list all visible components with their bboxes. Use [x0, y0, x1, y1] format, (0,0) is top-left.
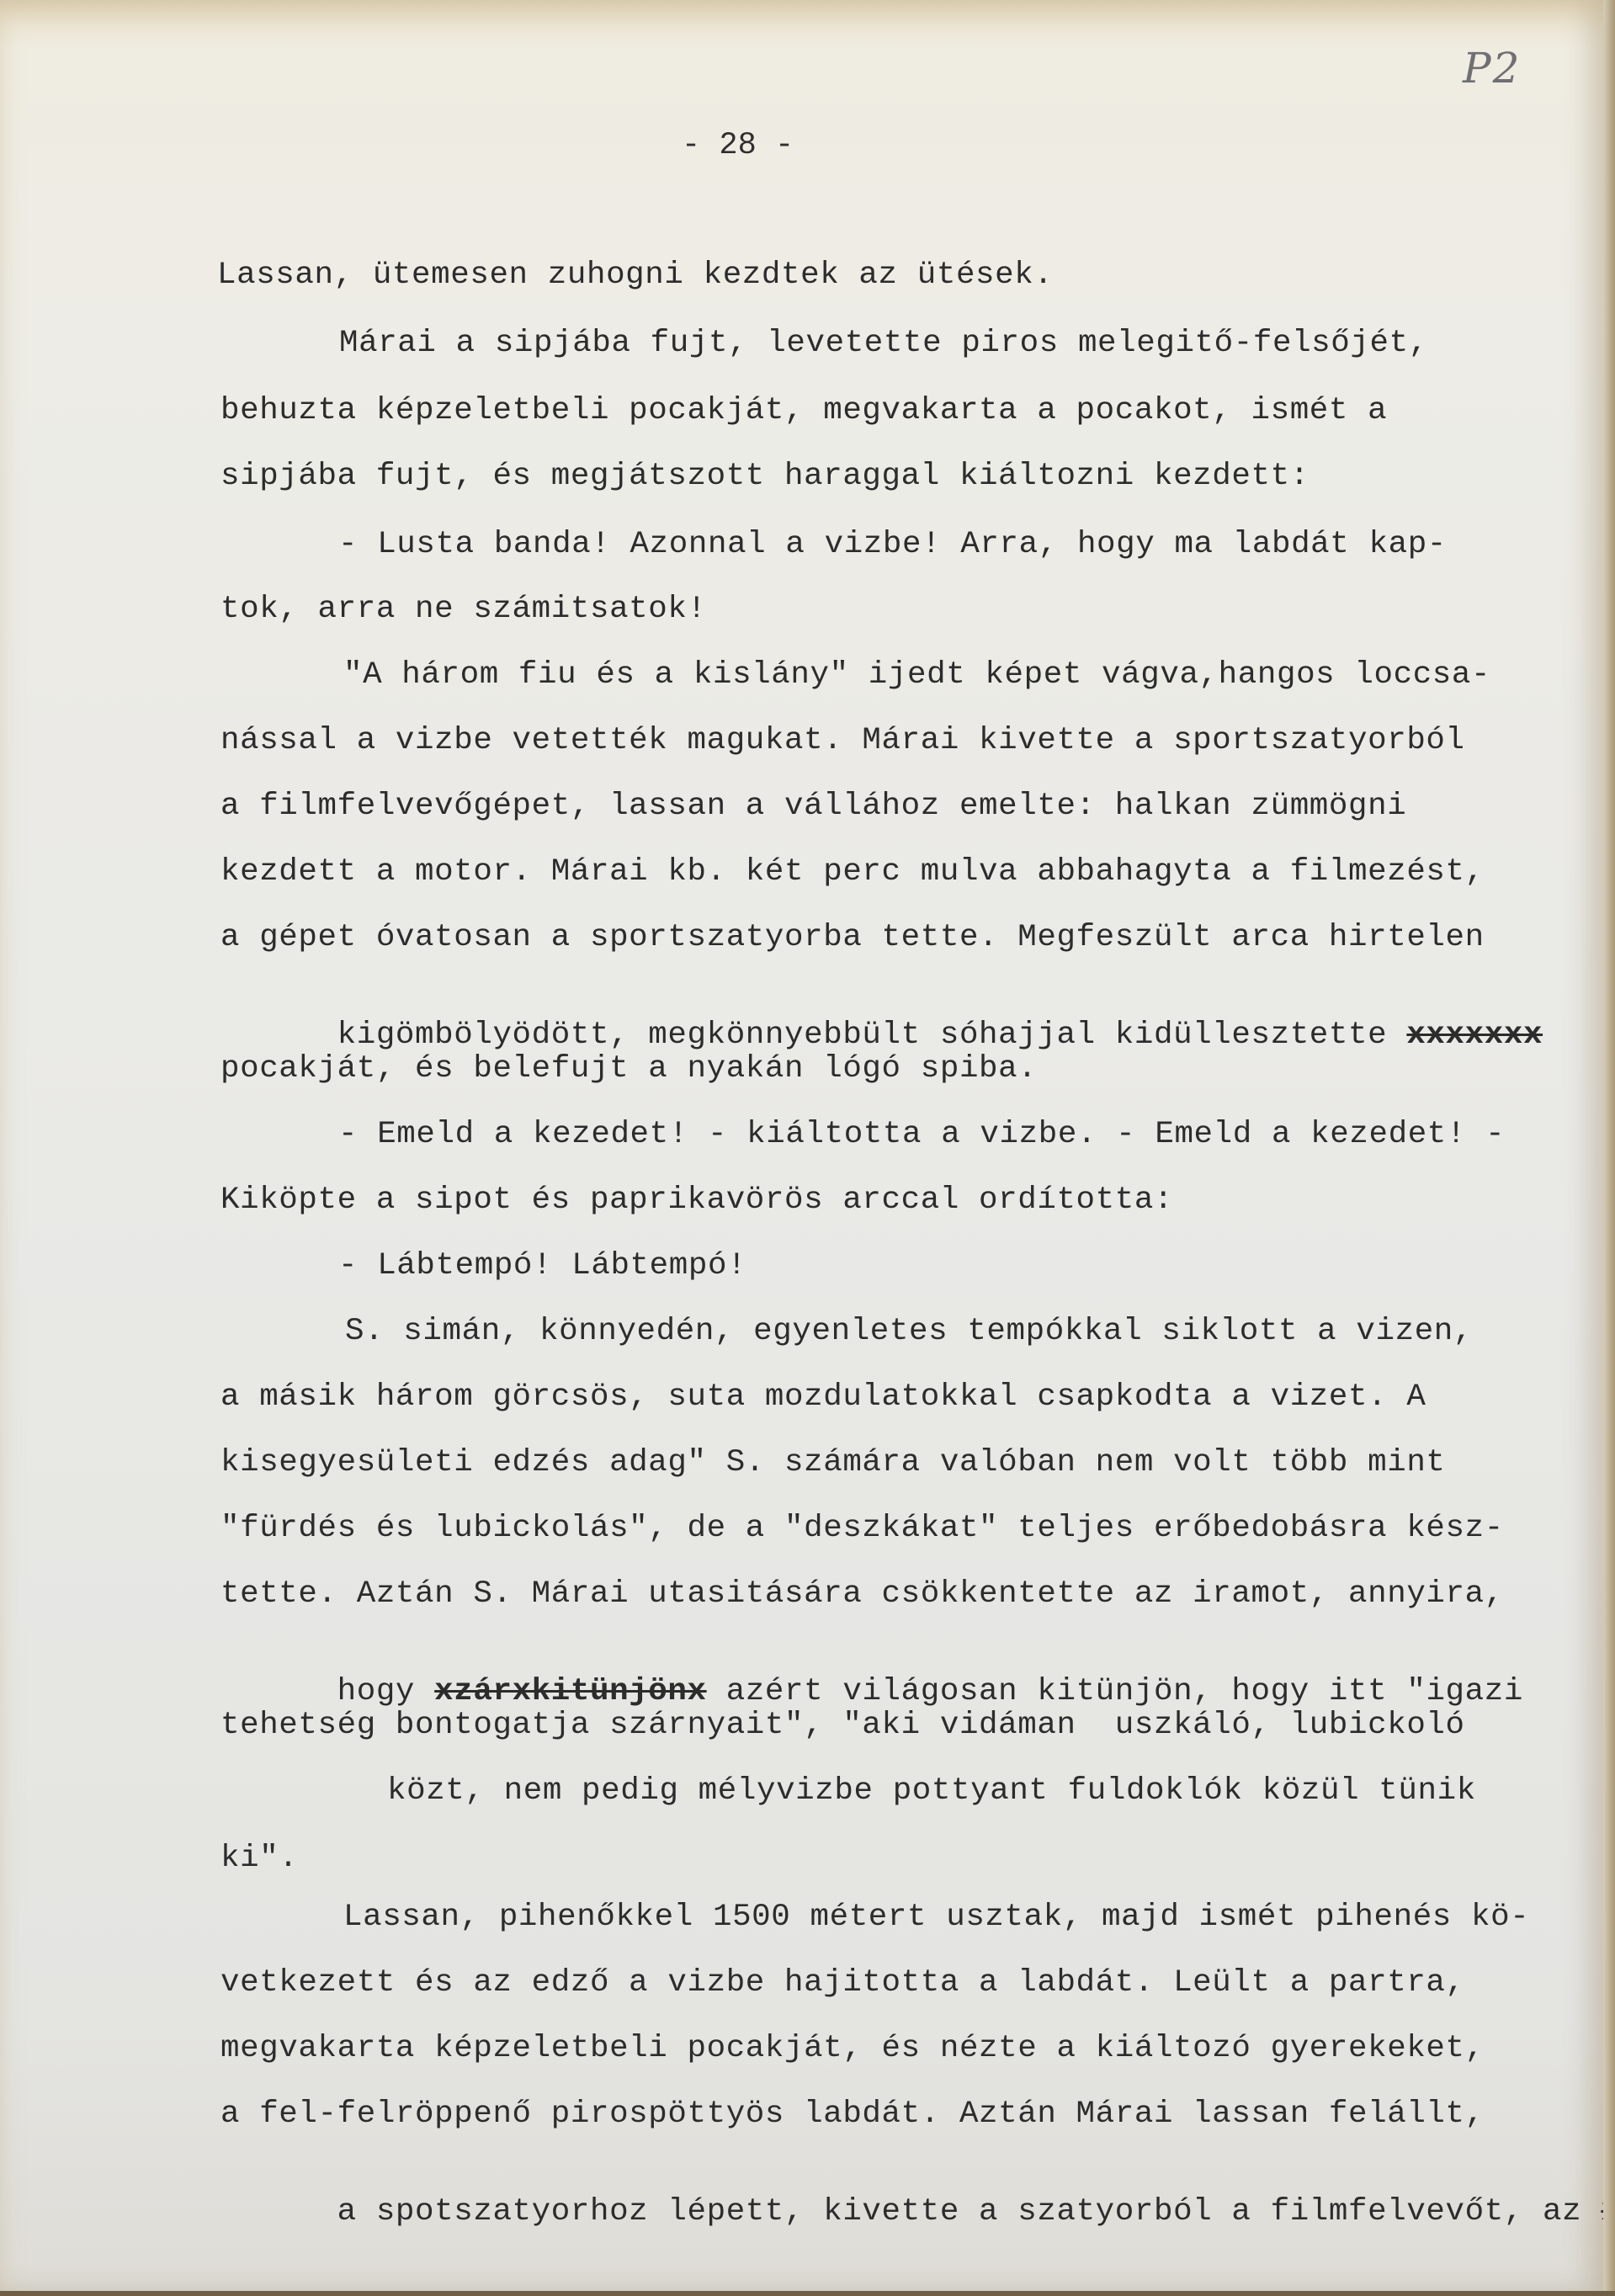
text-line: pocakját, és belefujt a nyakán lógó spib…: [220, 1054, 1037, 1086]
text-segment: azért világosan kitünjön, hogy itt "igaz…: [707, 1674, 1523, 1709]
document-page: P2 - 28 - Lassan, ütemesen zuhogni kezdt…: [0, 0, 1603, 2291]
text-line: Kiköpte a sipot és paprikavörös arccal o…: [220, 1185, 1173, 1217]
text-line: - Emeld a kezedet! - kiáltotta a vizbe. …: [338, 1119, 1505, 1151]
text-line: Lassan, ütemesen zuhogni kezdtek az ütés…: [217, 260, 1053, 292]
text-line: a gépet óvatosan a sportszatyorba tette.…: [220, 922, 1485, 954]
text-line: tok, arra ne számitsatok!: [220, 594, 707, 626]
text-line: "A három fiu és a kislány" ijedt képet v…: [343, 660, 1490, 692]
text-line: a fel-felröppenő pirospöttyös labdát. Az…: [220, 2099, 1485, 2131]
text-line: - Lusta banda! Azonnal a vizbe! Arra, ho…: [338, 529, 1447, 561]
text-line: a másik három görcsös, suta mozdulatokka…: [220, 1382, 1426, 1414]
text-line: - Lábtempó! Lábtempó!: [338, 1251, 746, 1283]
text-line: a filmfelvevőgépet, lassan a vállához em…: [220, 791, 1406, 823]
text-segment: a spotszatyorhoz lépett, kivette a szaty…: [337, 2194, 1602, 2230]
text-line: kezdett a motor. Márai kb. két perc mulv…: [220, 857, 1485, 889]
text-line: tehetség bontogatja szárnyait", "aki vid…: [220, 1710, 1465, 1742]
text-line: Lassan, pihenőkkel 1500 métert usztak, m…: [343, 1902, 1529, 1934]
text-line: nással a vizbe vetették magukat. Márai k…: [220, 725, 1465, 757]
text-segment: kigömbölyödött, megkönnyebbült sóhajjal …: [337, 1018, 1407, 1053]
page-edge: [1603, 0, 1615, 2296]
text-line: behuzta képzeletbeli pocakját, megvakart…: [220, 396, 1387, 428]
text-line: kisegyesületi edzés adag" S. számára val…: [220, 1448, 1446, 1480]
text-line: "fürdés és lubickolás", de a "deszkákat"…: [220, 1513, 1504, 1545]
text-line: Márai a sipjába fujt, levetette piros me…: [339, 328, 1428, 360]
handwritten-annotation: P2: [1463, 44, 1521, 93]
page-edge: [0, 2291, 1615, 2296]
text-line: S. simán, könnyedén, egyenletes tempókka…: [345, 1316, 1473, 1348]
text-line: megvakarta képzeletbeli pocakját, és néz…: [220, 2033, 1485, 2065]
struck-text: xxxxxxx: [1406, 1018, 1543, 1053]
text-line: közt, nem pedig mélyvizbe pottyant fuldo…: [387, 1776, 1476, 1808]
text-segment: hogy: [337, 1674, 435, 1709]
text-line: a spotszatyorhoz lépett, kivette a szaty…: [220, 2165, 1615, 2260]
text-line: vetkezett és az edző a vizbe hajitotta a…: [220, 1968, 1465, 2000]
struck-text: xzárxkitünjönx: [434, 1674, 706, 1709]
page-number: - 28 -: [682, 128, 794, 163]
text-line: sipjába fujt, és megjátszott haraggal ki…: [220, 461, 1310, 493]
text-line: tette. Aztán S. Márai utasitására csökke…: [220, 1579, 1504, 1611]
text-line: ki".: [220, 1843, 298, 1875]
